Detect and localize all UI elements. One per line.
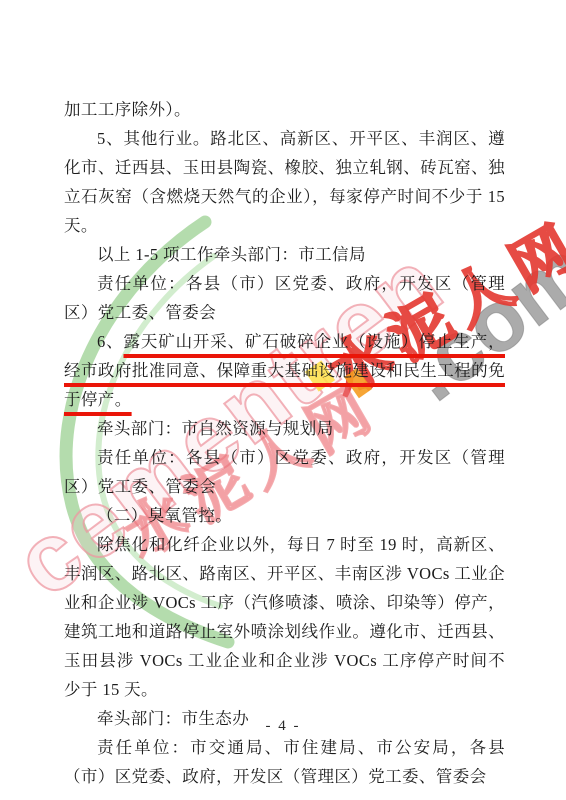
paragraph: 责任单位：各县（市）区党委、政府，开发区（管理区）党工委、管委会 xyxy=(64,269,505,327)
text-run: 加工工序除外）。 xyxy=(64,100,191,119)
paragraph: 加工工序除外）。 xyxy=(64,95,505,124)
text-run: 以上 1-5 项工作牵头部门：市工信局 xyxy=(97,245,366,264)
document-body: 加工工序除外）。5、其他行业。路北区、高新区、开平区、丰润区、遵化市、迁西县、玉… xyxy=(64,95,505,791)
text-run: 责任单位：各县（市）区党委、政府，开发区（管理区）党工委、管委会 xyxy=(64,274,505,322)
page-number: - 4 - xyxy=(0,718,566,735)
text-run: 责任单位：市交通局、市住建局、市公安局，各县（市）区党委、政府，开发区（管理区）… xyxy=(64,738,505,786)
document-page: cementren .com 水泥人网 水泥人网 加工工序除外）。5、其他行业。… xyxy=(0,0,566,800)
paragraph: 6、露天矿山开采、矿石破碎企业（设施）停止生产，经市政府批准同意、保障重大基础设… xyxy=(64,327,505,414)
text-run: 牵头部门：市自然资源与规划局 xyxy=(97,419,334,438)
text-run: 除焦化和化纤企业以外，每日 7 时至 19 时，高新区、丰润区、路北区、路南区、… xyxy=(64,535,505,699)
paragraph: 牵头部门：市自然资源与规划局 xyxy=(64,414,505,443)
paragraph: 以上 1-5 项工作牵头部门：市工信局 xyxy=(64,240,505,269)
text-run: 5、其他行业。路北区、高新区、开平区、丰润区、遵化市、迁西县、玉田县陶瓷、橡胶、… xyxy=(64,129,505,235)
paragraph: 除焦化和化纤企业以外，每日 7 时至 19 时，高新区、丰润区、路北区、路南区、… xyxy=(64,530,505,704)
paragraph: 责任单位：市交通局、市住建局、市公安局，各县（市）区党委、政府，开发区（管理区）… xyxy=(64,733,505,791)
text-run: 责任单位：各县（市）区党委、政府，开发区（管理区）党工委、管委会 xyxy=(64,448,505,496)
red-underlined-text: 露天矿山开采、矿石破碎企业（设施）停止生产，经市政府批准同意、保障重大基础设施建… xyxy=(64,332,505,409)
paragraph: （二）臭氧管控。 xyxy=(64,501,505,530)
paragraph: 责任单位：各县（市）区党委、政府，开发区（管理区）党工委、管委会 xyxy=(64,443,505,501)
text-run: 6、 xyxy=(97,332,123,351)
text-run: （二）臭氧管控。 xyxy=(97,506,232,525)
paragraph: 5、其他行业。路北区、高新区、开平区、丰润区、遵化市、迁西县、玉田县陶瓷、橡胶、… xyxy=(64,124,505,240)
